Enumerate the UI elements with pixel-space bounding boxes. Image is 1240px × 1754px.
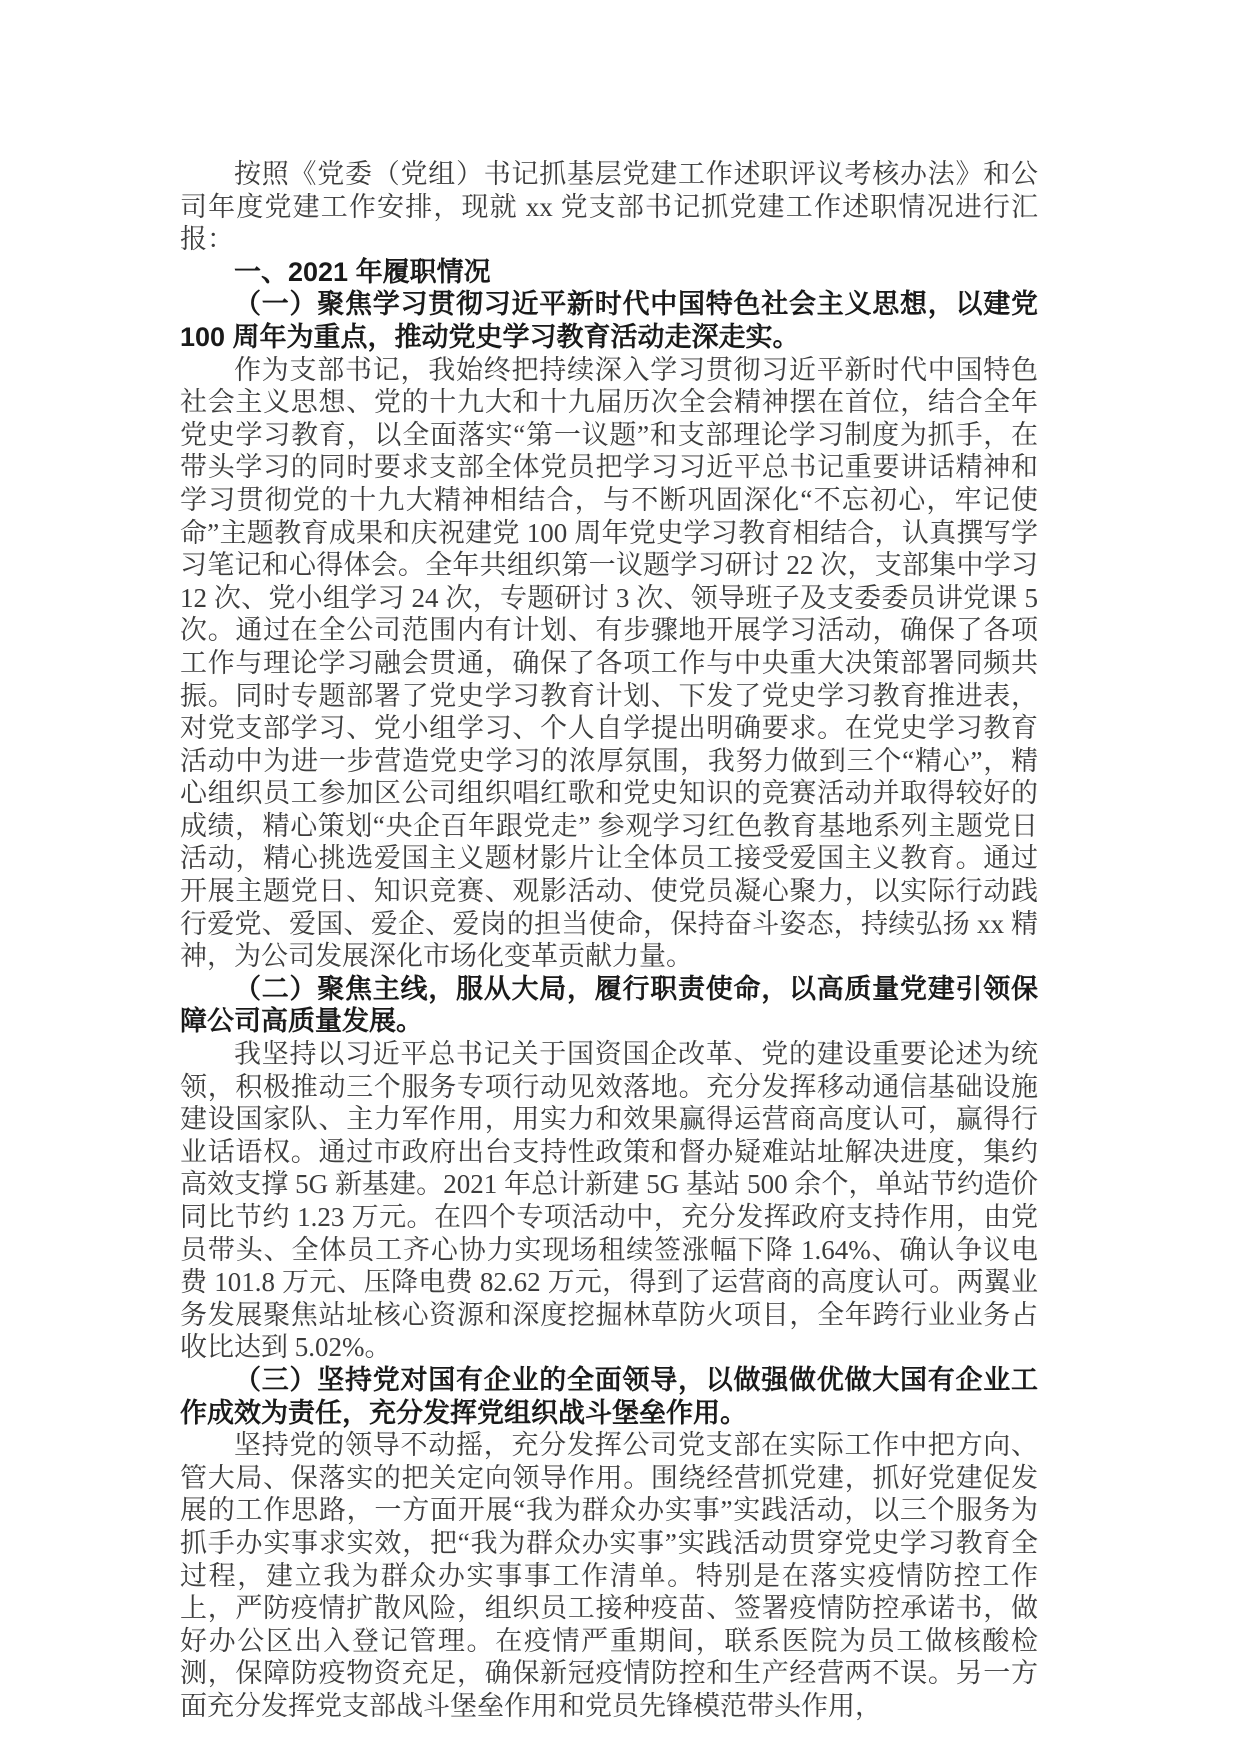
document-content: 按照《党委（党组）书记抓基层党建工作述职评议考核办法》和公司年度党建工作安排，现… [180, 158, 1038, 1723]
paragraph-party-history-study: 作为支部书记，我始终把持续深入学习贯彻习近平新时代中国特色社会主义思想、党的十九… [180, 354, 1038, 973]
heading-section-2021-duties: 一、2021 年履职情况 [180, 256, 1038, 289]
paragraph-party-leadership: 坚持党的领导不动摇，充分发挥公司党支部在实际工作中把方向、管大局、保落实的把关定… [180, 1429, 1038, 1722]
heading-sub-2-high-quality-development: （二）聚焦主线，服从大局，履行职责使命，以高质量党建引领保障公司高质量发展。 [180, 973, 1038, 1038]
heading-sub-1-party-history-study: （一）聚焦学习贯彻习近平新时代中国特色社会主义思想，以建党 100 周年为重点，… [180, 288, 1038, 353]
paragraph-intro: 按照《党委（党组）书记抓基层党建工作述职评议考核办法》和公司年度党建工作安排，现… [180, 158, 1038, 256]
document-page: 按照《党委（党组）书记抓基层党建工作述职评议考核办法》和公司年度党建工作安排，现… [0, 0, 1240, 1754]
paragraph-high-quality-development: 我坚持以习近平总书记关于国资国企改革、党的建设重要论述为统领，积极推动三个服务专… [180, 1038, 1038, 1364]
heading-sub-3-party-leadership: （三）坚持党对国有企业的全面领导，以做强做优做大国有企业工作成效为责任，充分发挥… [180, 1364, 1038, 1429]
